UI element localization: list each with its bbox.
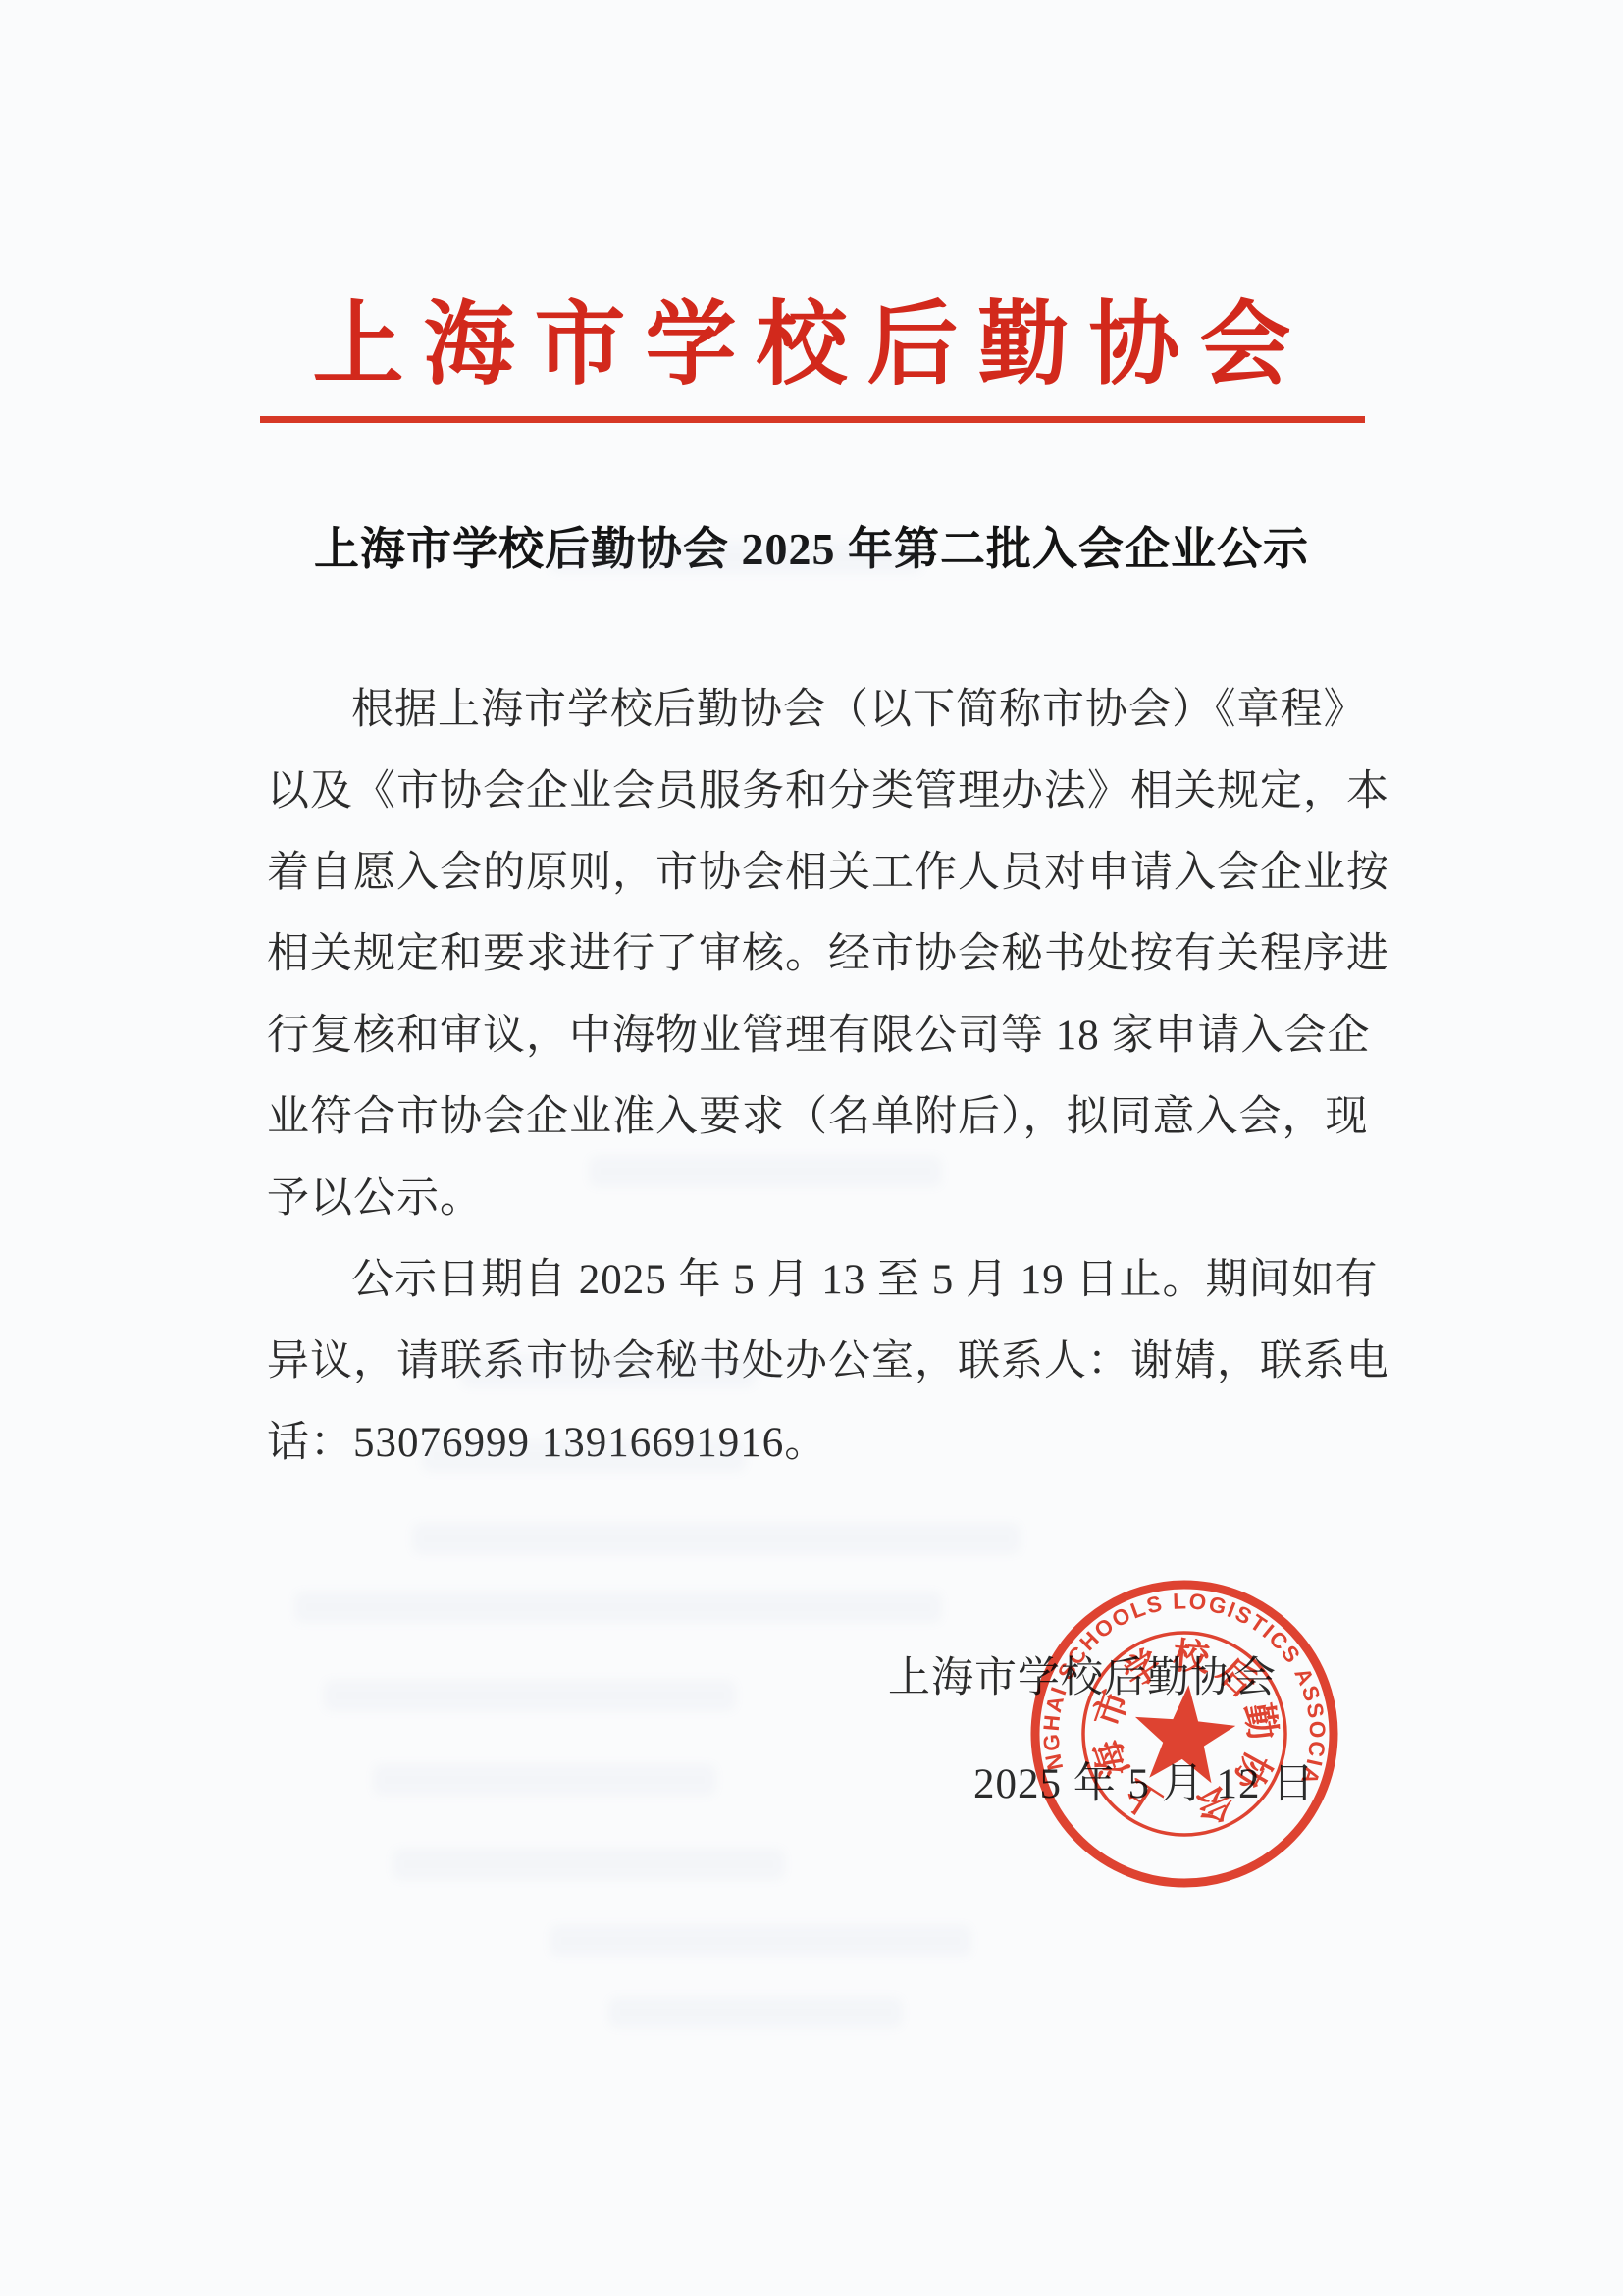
scanned-document-page: 上海市学校后勤协会 上海市学校后勤协会 2025 年第二批入会企业公示 根据上海…: [0, 0, 1623, 2296]
para1-line: 着自愿入会的原则，市协会相关工作人员对申请入会企业按: [267, 832, 1362, 913]
official-seal-stamp: SHANGHAI SCHOOLS LOGISTICS ASSOCIATION 上…: [1004, 1553, 1365, 1914]
bleed-through-smudge: [412, 1523, 1021, 1554]
bleed-through-smudge: [294, 1592, 942, 1623]
bleed-through-smudge: [324, 1680, 736, 1711]
notice-body: 根据上海市学校后勤协会（以下简称市协会）《章程》 以及《市协会企业会员服务和分类…: [267, 669, 1362, 1484]
para2-line: 话：53076999 13916691916。: [267, 1402, 1362, 1484]
svg-text:勤: 勤: [1236, 1700, 1283, 1743]
letterhead-divider-rule: [260, 416, 1365, 423]
letterhead-org-name: 上海市学校后勤协会: [0, 278, 1623, 415]
para1-line: 业符合市协会企业准入要求（名单附后），拟同意入会，现: [267, 1076, 1362, 1158]
bleed-through-smudge: [373, 1764, 716, 1796]
para2-line: 公示日期自 2025 年 5 月 13 至 5 月 19 日止。期间如有: [267, 1239, 1362, 1321]
svg-text:校: 校: [1172, 1636, 1213, 1680]
para1-line: 行复核和审议，中海物业管理有限公司等 18 家申请入会企: [267, 995, 1362, 1076]
para1-line: 予以公示。: [267, 1158, 1362, 1239]
svg-text:后: 后: [1209, 1650, 1264, 1705]
bleed-through-smudge: [393, 1849, 785, 1880]
bleed-through-smudge: [608, 1997, 903, 2028]
svg-text:海: 海: [1086, 1735, 1137, 1783]
bleed-through-smudge: [550, 1925, 971, 1957]
para1-line: 以及《市协会企业会员服务和分类管理办法》相关规定，本: [267, 751, 1362, 832]
svg-text:市: 市: [1086, 1685, 1137, 1733]
seal-star-icon: [1130, 1681, 1239, 1785]
notice-title: 上海市学校后勤协会 2025 年第二批入会企业公示: [0, 517, 1623, 582]
para1-line: 根据上海市学校后勤协会（以下简称市协会）《章程》: [267, 669, 1362, 751]
para1-line: 相关规定和要求进行了审核。经市协会秘书处按有关程序进: [267, 913, 1362, 995]
para2-line: 异议，请联系市协会秘书处办公室，联系人：谢婧，联系电: [267, 1321, 1362, 1402]
